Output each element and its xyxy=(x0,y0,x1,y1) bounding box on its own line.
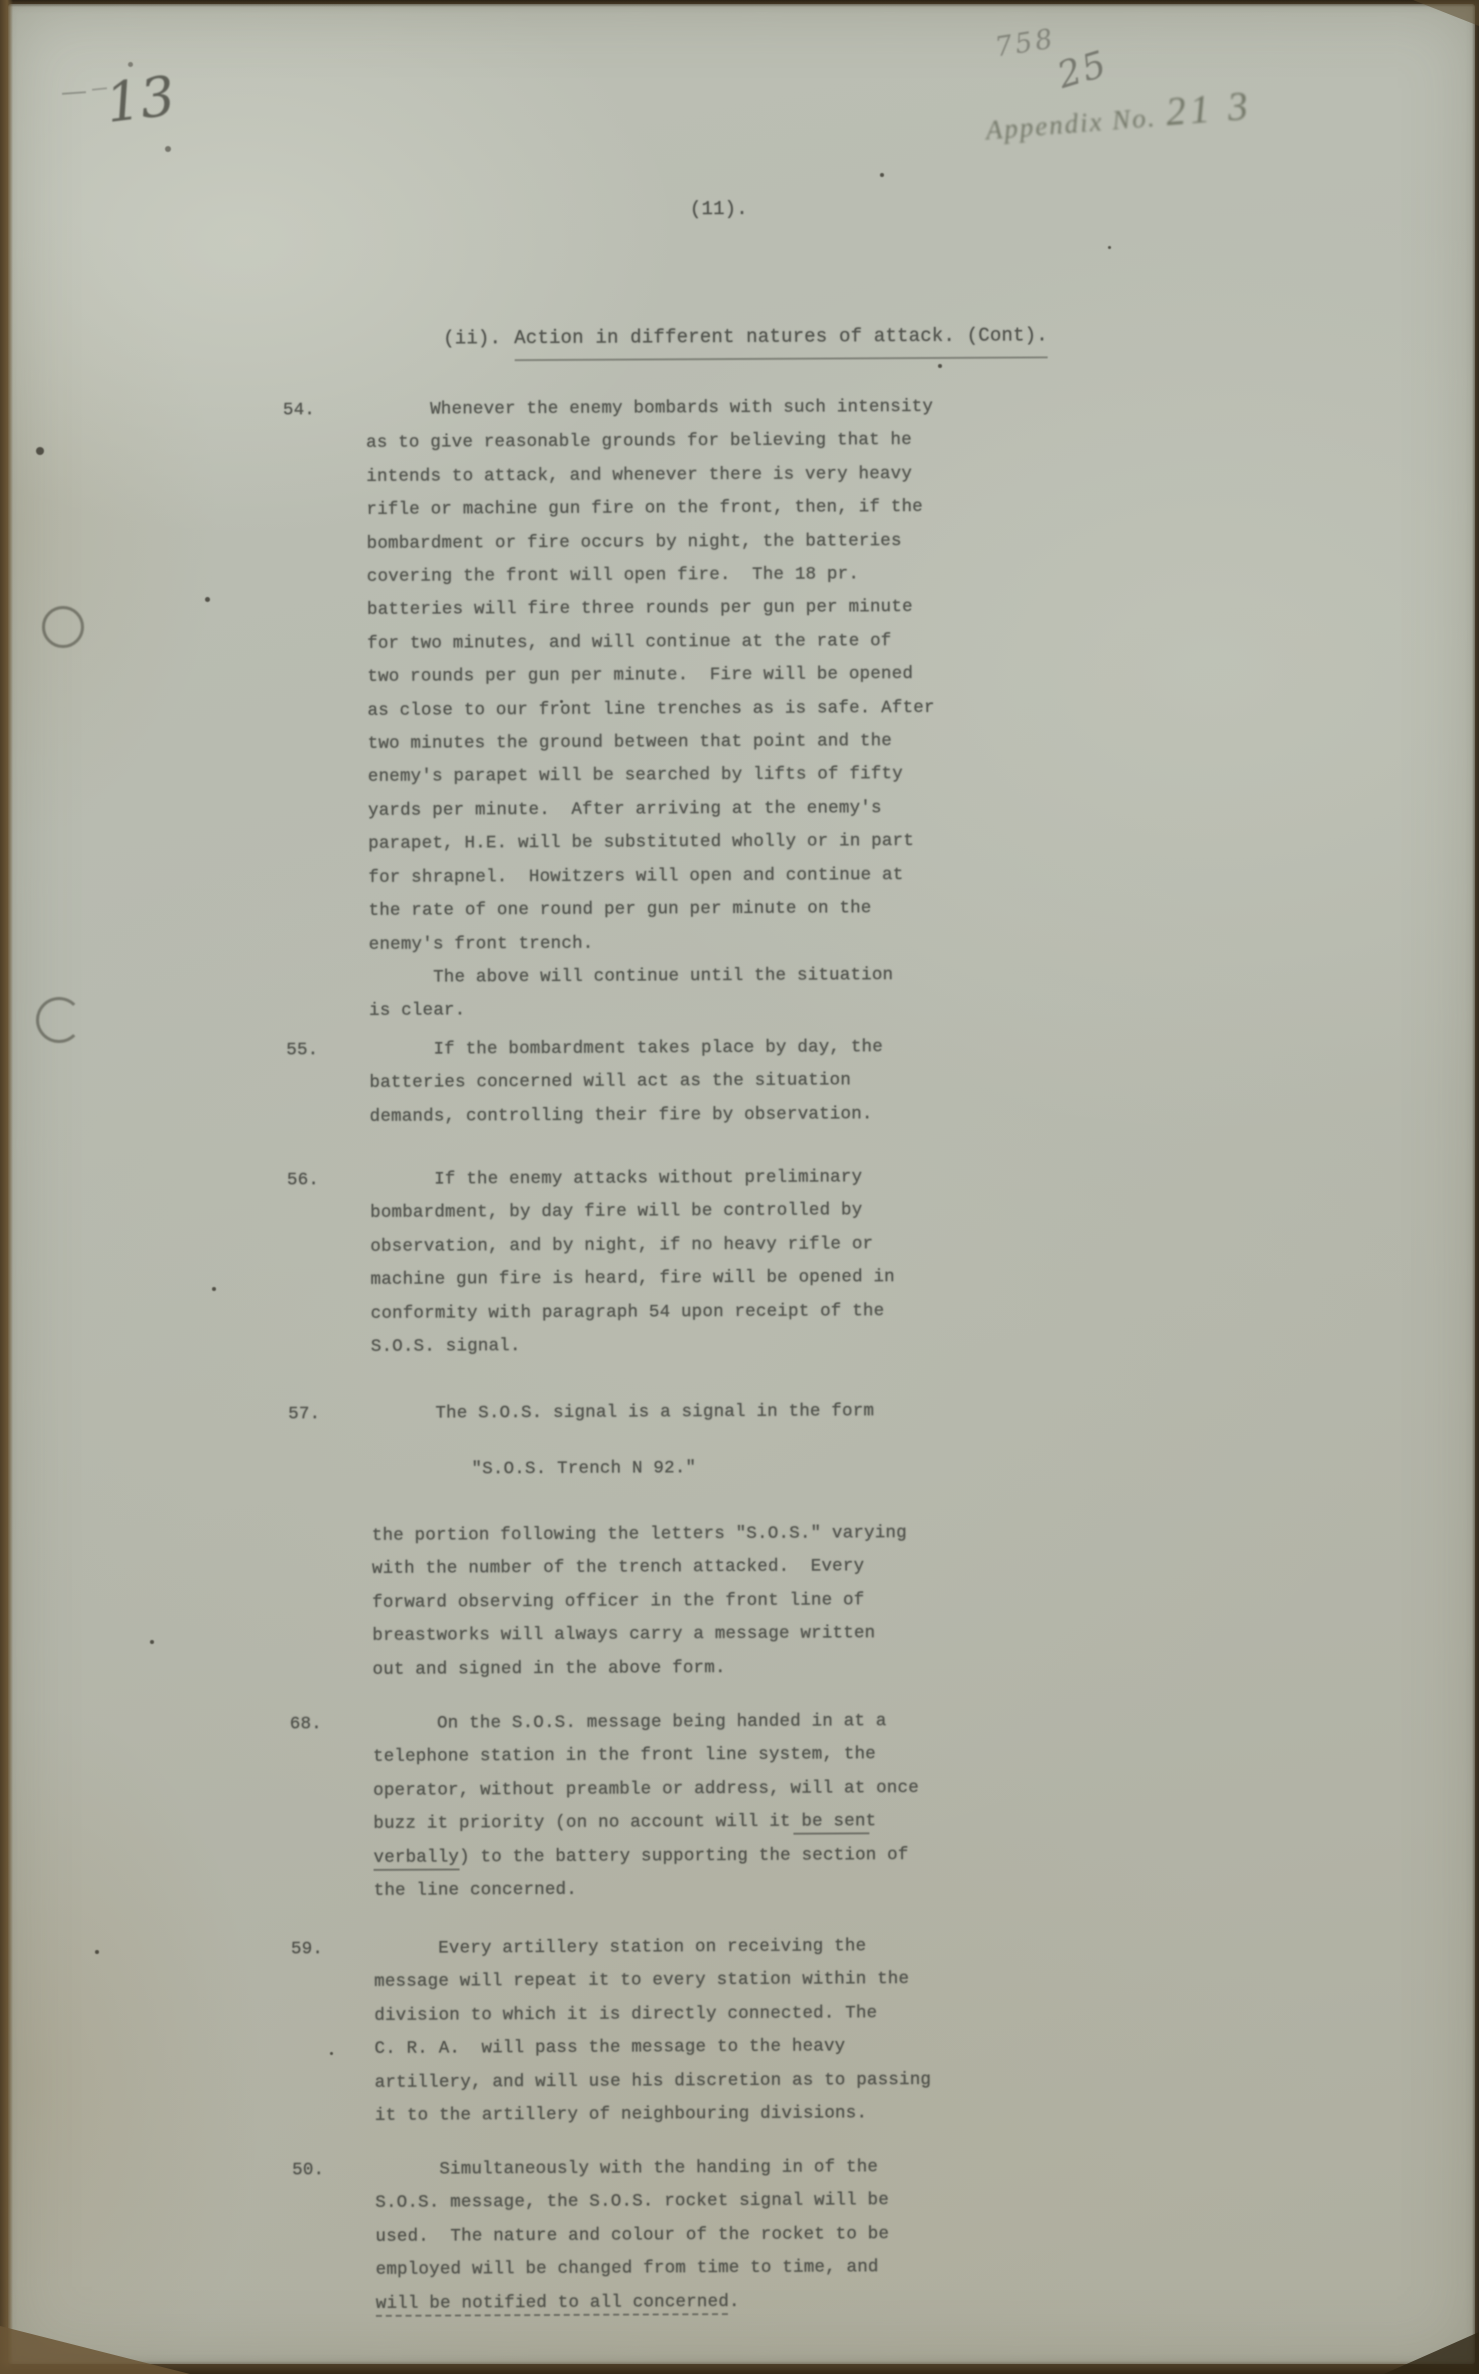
section-heading-title: Action in different natures of attack. (… xyxy=(514,320,1048,361)
paragraph-text: Whenever the enemy bombards with such in… xyxy=(366,391,937,1029)
paragraph-number: 57. xyxy=(288,1398,320,1432)
section-heading: (ii).Action in different natures of atta… xyxy=(373,286,1048,395)
paragraph-text: the portion following the letters "S.O.S… xyxy=(372,1517,908,1687)
paragraph-number: 59. xyxy=(291,1933,323,1967)
underline-be-sent xyxy=(793,1832,869,1834)
paragraph-number: 50. xyxy=(292,2154,324,2188)
paragraph-number: 54. xyxy=(283,394,315,428)
paragraph-number: 55. xyxy=(286,1034,318,1068)
paragraph-text: On the S.O.S. message being handed in at… xyxy=(373,1705,920,1908)
section-heading-prefix: (ii). xyxy=(443,328,501,350)
paragraph-text: Simultaneously with the handing in of th… xyxy=(375,2151,890,2321)
paragraph-number: 56. xyxy=(287,1164,319,1198)
scanned-document-photo: 13 758 25 Appendix No.21 3 (11). (ii).Ac… xyxy=(0,0,1479,2374)
paragraph-text: The S.O.S. signal is a signal in the for… xyxy=(371,1395,874,1431)
sos-signal-quote: "S.O.S. Trench N 92." xyxy=(471,1452,696,1487)
paragraph-text: If the bombardment takes place by day, t… xyxy=(369,1031,883,1134)
paragraph-text: If the enemy attacks without preliminary… xyxy=(370,1161,895,1364)
paragraph-text: Every artillery station on receiving the… xyxy=(374,1930,932,2133)
paragraph-number: 68. xyxy=(290,1708,322,1742)
page-number: (11). xyxy=(690,193,748,227)
typewritten-text-layer: (11). (ii).Action in different natures o… xyxy=(0,0,1479,2374)
